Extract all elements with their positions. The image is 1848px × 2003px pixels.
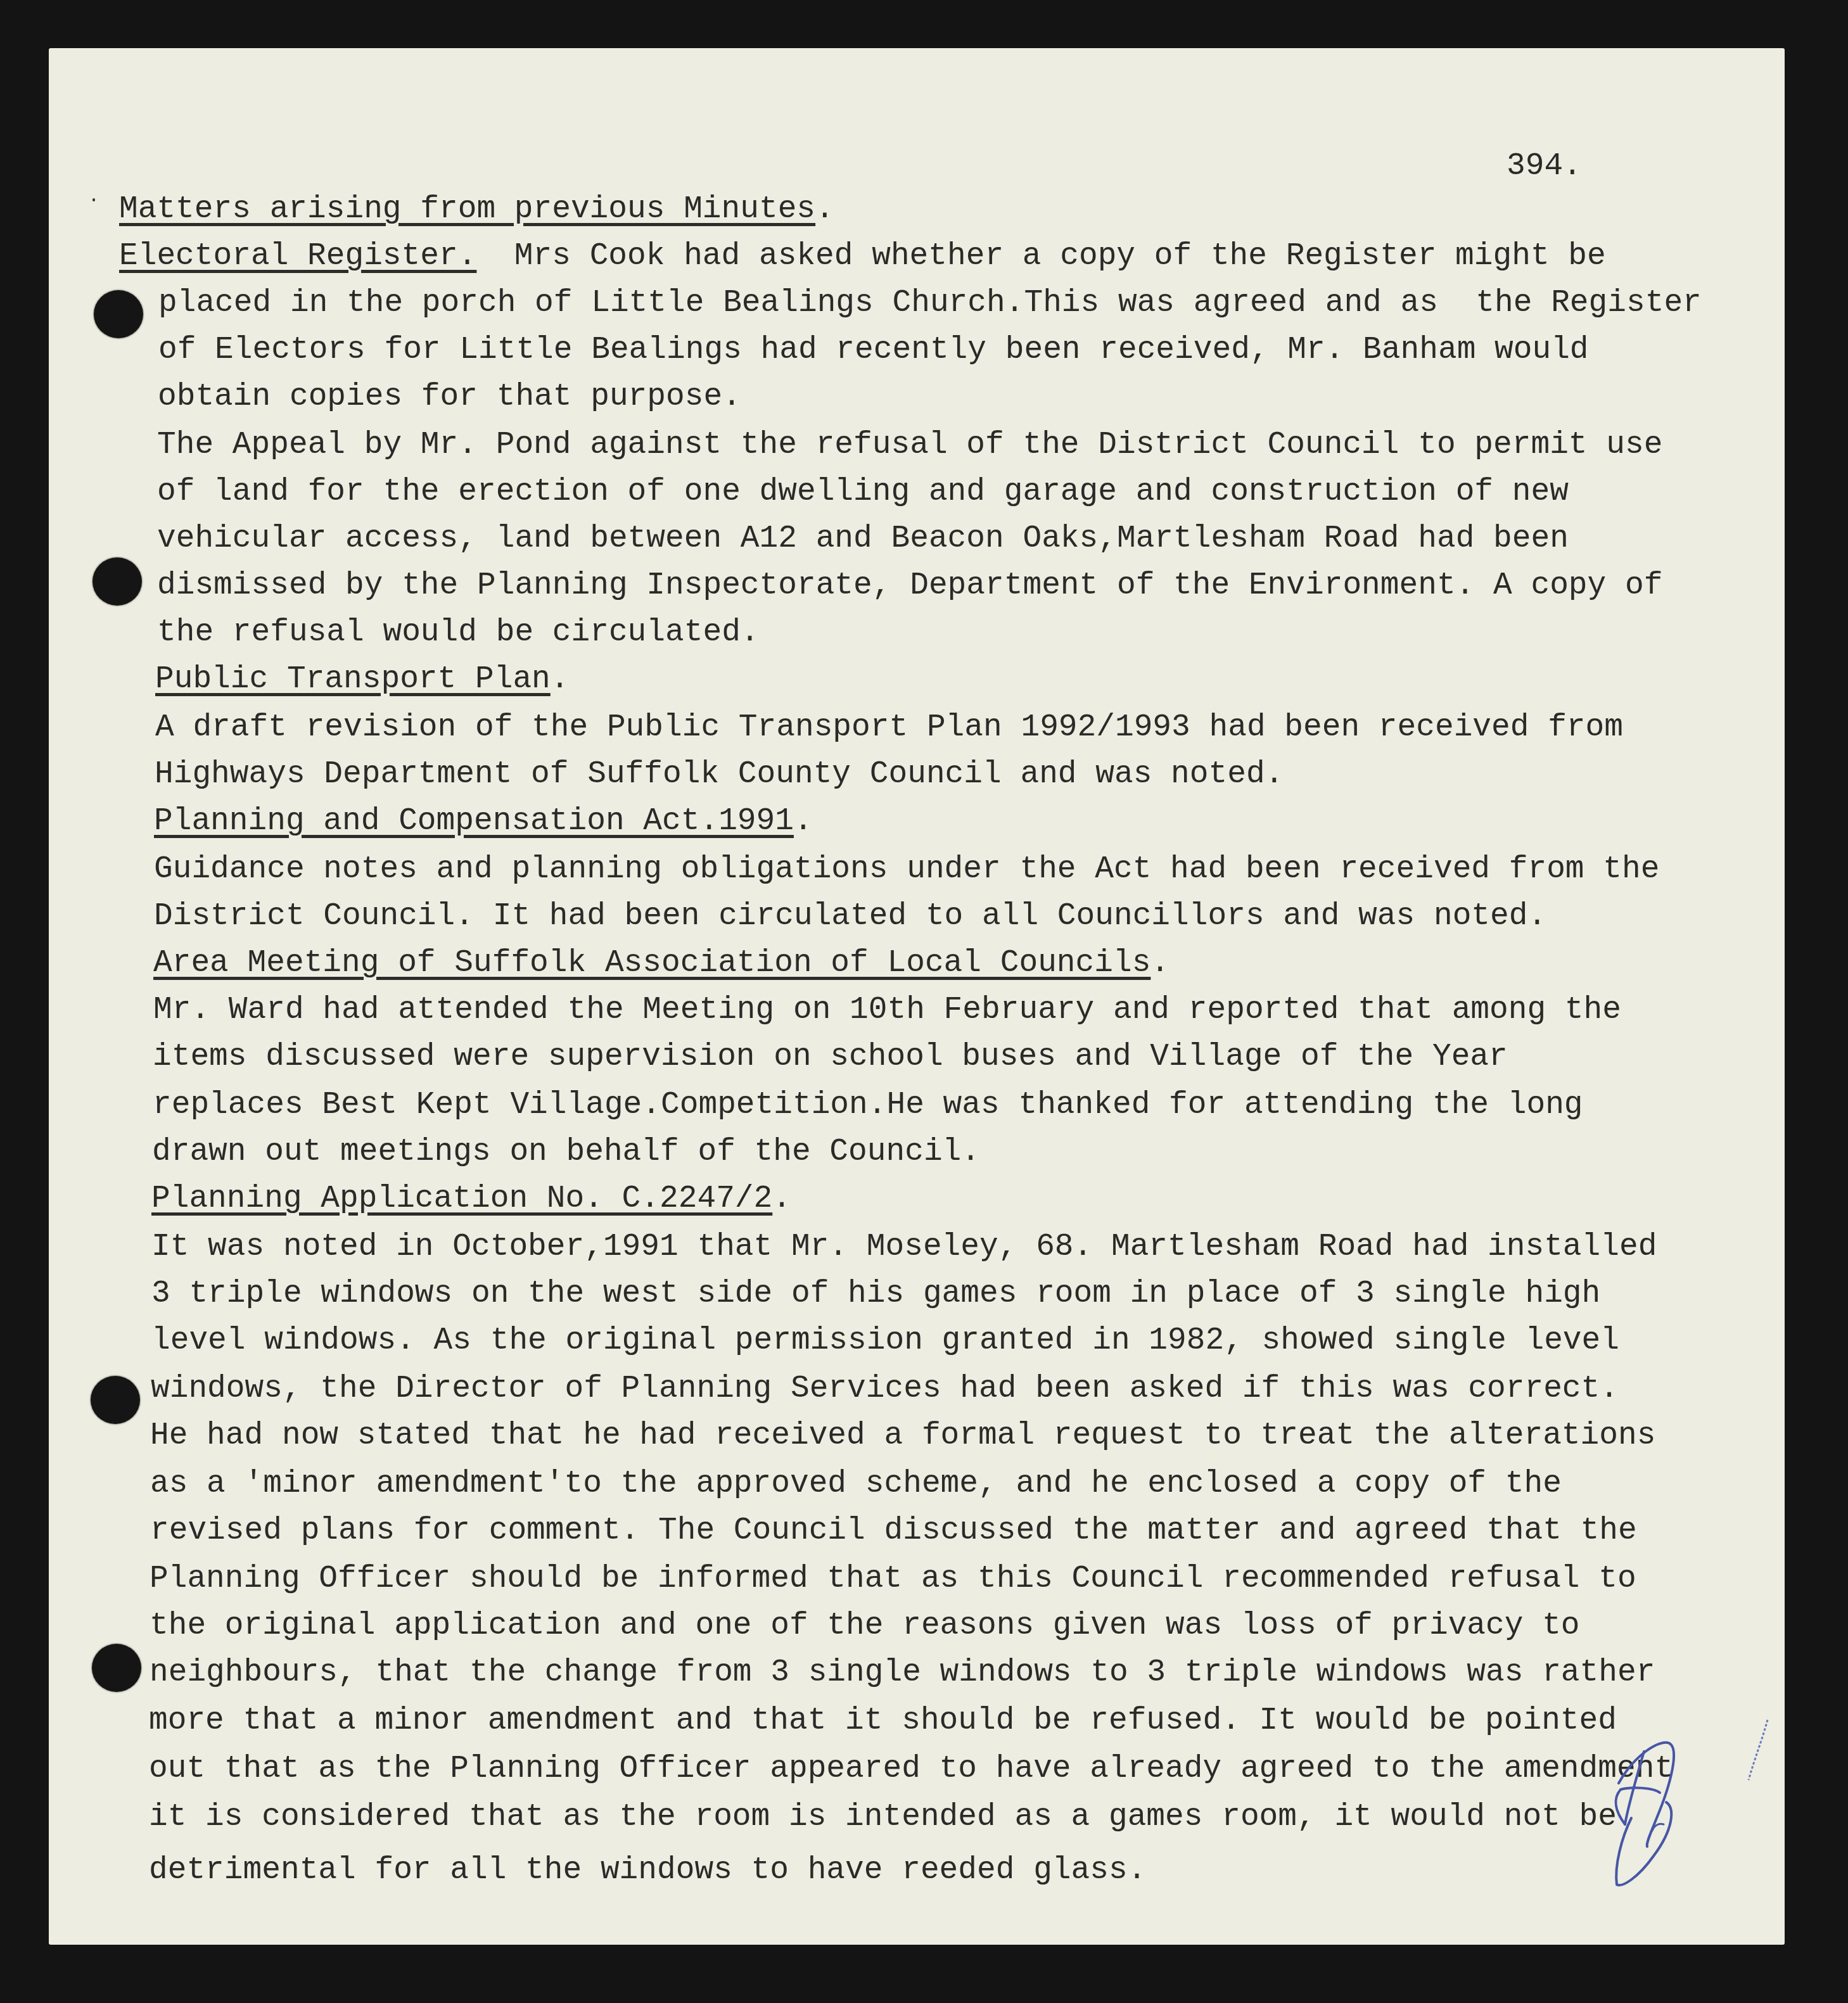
paragraph-line: level windows. As the original permissio…	[151, 1321, 1619, 1359]
punch-hole-3	[91, 1376, 140, 1424]
electoral-register-line-0: Electoral Register. Mrs Cook had asked w…	[119, 237, 1606, 275]
paragraph-line: He had now stated that he had received a…	[150, 1416, 1655, 1454]
paragraph-line: Highways Department of Suffolk County Co…	[155, 755, 1284, 793]
heading-trail: .	[551, 661, 570, 697]
heading-area-meeting: Area Meeting of Suffolk Association of L…	[153, 944, 1169, 982]
paragraph-line: more that a minor amendment and that it …	[149, 1701, 1617, 1739]
paragraph-line: detrimental for all the windows to have …	[149, 1851, 1146, 1889]
punch-hole-4	[92, 1644, 141, 1692]
paragraph-line: the original application and one of the …	[150, 1606, 1580, 1644]
paragraph-line: it is considered that as the room is int…	[149, 1798, 1617, 1836]
page-number: 394.	[1507, 147, 1582, 185]
paragraph-line: It was noted in October,1991 that Mr. Mo…	[151, 1228, 1657, 1266]
paragraph-line: the refusal would be circulated.	[157, 613, 760, 651]
heading-electoral-register: Electoral Register.	[119, 238, 476, 274]
heading-trail: .	[1150, 945, 1169, 981]
paragraph-line: windows, the Director of Planning Servic…	[151, 1370, 1619, 1408]
heading-planning-compensation: Planning and Compensation Act.1991.	[154, 802, 813, 840]
heading-text: Planning and Compensation Act.1991	[154, 803, 794, 839]
title-underlined: Matters arising from previous Minutes	[119, 191, 815, 227]
paragraph-line: revised plans for comment. The Council d…	[150, 1511, 1637, 1549]
paragraph-line: Planning Officer should be informed that…	[150, 1560, 1636, 1598]
paragraph-line: placed in the porch of Little Bealings C…	[158, 284, 1702, 322]
pen-mark	[1742, 1717, 1774, 1786]
paragraph-line: replaces Best Kept Village.Competition.H…	[153, 1086, 1583, 1124]
heading-text: Area Meeting of Suffolk Association of L…	[153, 945, 1150, 981]
heading-text: Public Transport Plan	[155, 661, 551, 697]
paragraph-line: neighbours, that the change from 3 singl…	[150, 1653, 1655, 1691]
paragraph-line: Guidance notes and planning obligations …	[154, 850, 1659, 888]
title-trail: .	[815, 191, 834, 227]
paragraph-line: obtain copies for that purpose.	[158, 378, 741, 416]
paragraph-line: out that as the Planning Officer appeare…	[149, 1750, 1673, 1788]
page-title: Matters arising from previous Minutes.	[119, 190, 834, 228]
heading-trail: .	[794, 803, 813, 839]
punch-hole-1	[94, 290, 143, 338]
handwritten-initials	[1596, 1729, 1692, 1900]
paragraph-line: drawn out meetings on behalf of the Coun…	[152, 1133, 980, 1171]
heading-public-transport: Public Transport Plan.	[155, 660, 570, 698]
punch-hole-2	[92, 557, 142, 606]
paragraph-line: The Appeal by Mr. Pond against the refus…	[157, 426, 1662, 464]
heading-text: Planning Application No. C.2247/2	[151, 1181, 772, 1216]
paragraph-line: Mrs Cook had asked whether a copy of the…	[476, 238, 1605, 274]
paragraph-line: of Electors for Little Bealings had rece…	[158, 331, 1589, 369]
paragraph-line: as a 'minor amendment'to the approved sc…	[150, 1465, 1562, 1503]
paragraph-line: A draft revision of the Public Transport…	[155, 708, 1623, 746]
heading-planning-application: Planning Application No. C.2247/2.	[151, 1180, 791, 1218]
paragraph-line: Mr. Ward had attended the Meeting on 10t…	[153, 991, 1621, 1029]
heading-trail: .	[772, 1181, 791, 1216]
paragraph-line: dismissed by the Planning Inspectorate, …	[157, 566, 1662, 604]
paragraph-line: District Council. It had been circulated…	[154, 897, 1546, 935]
paragraph-line: of land for the erection of one dwelling…	[157, 473, 1569, 511]
paragraph-line: 3 triple windows on the west side of his…	[151, 1275, 1600, 1313]
paragraph-line: items discussed were supervision on scho…	[153, 1038, 1508, 1076]
paragraph-line: vehicular access, land between A12 and B…	[157, 519, 1569, 557]
margin-tick-mark	[92, 198, 95, 201]
